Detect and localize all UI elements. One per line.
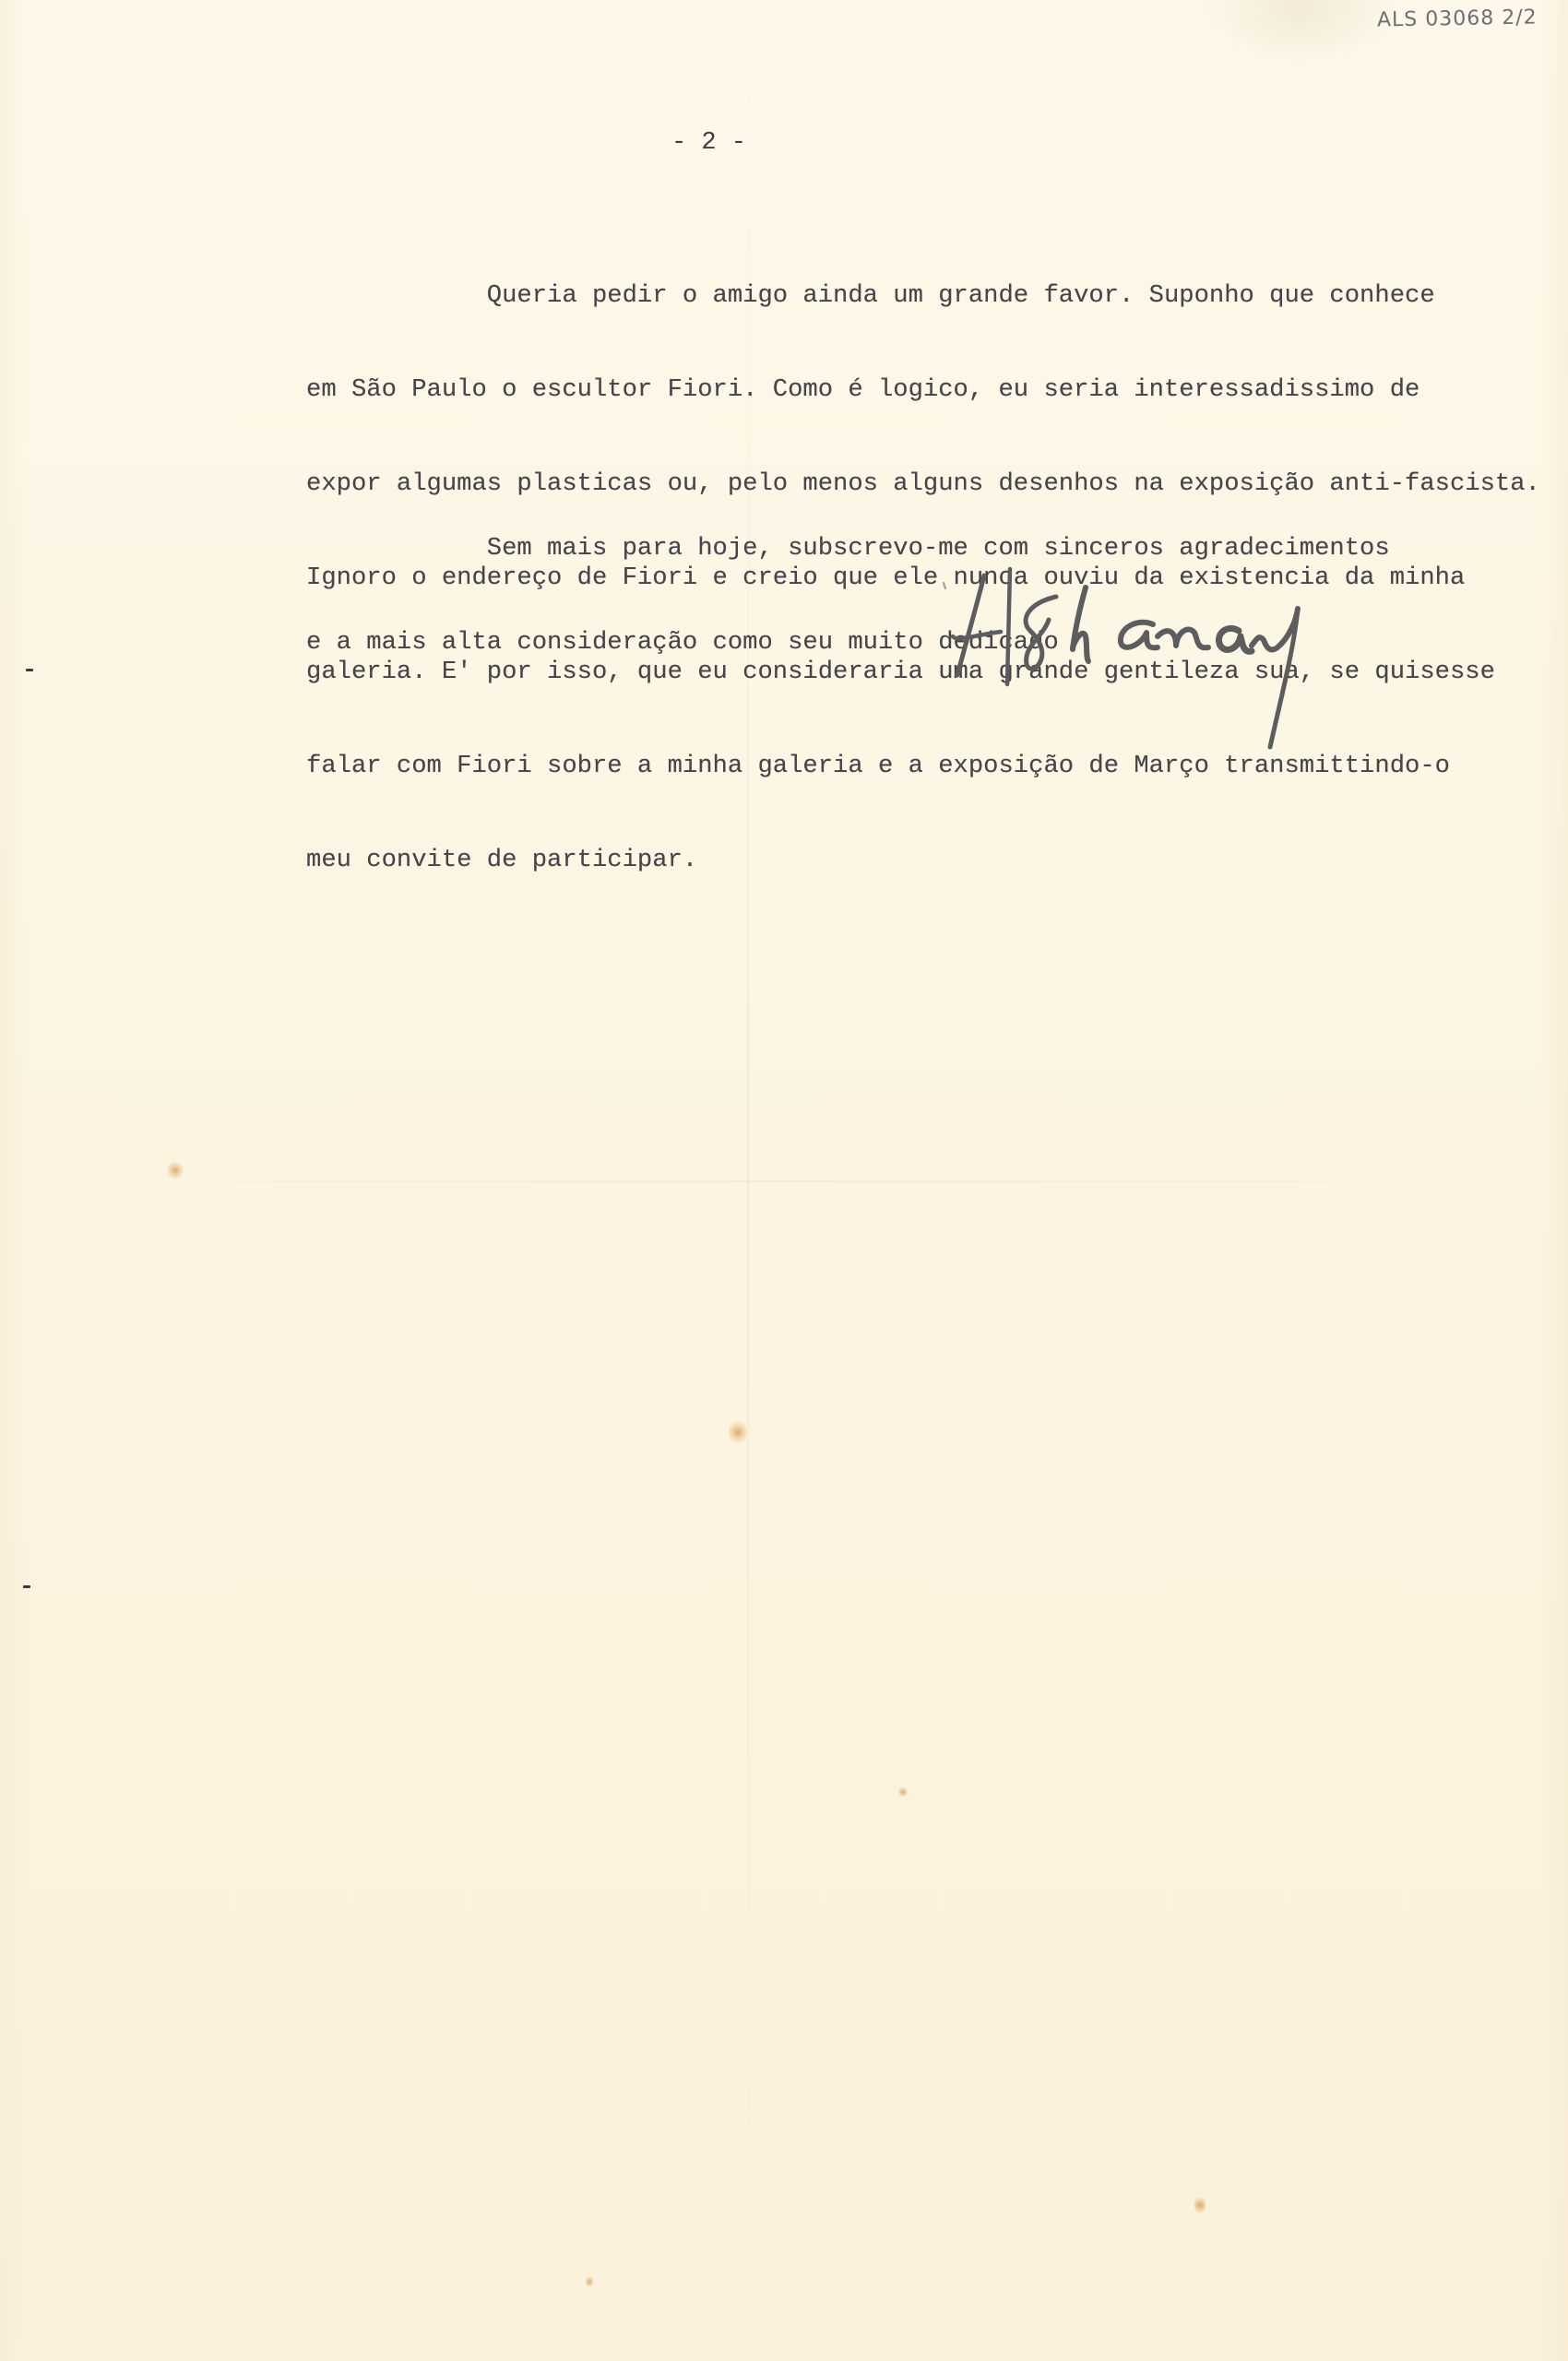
foxing-spot	[1194, 2195, 1206, 2215]
text-line: Sem mais para hoje, subscrevo-me com sin…	[306, 533, 1390, 564]
text-line: Queria pedir o amigo ainda um grande fav…	[306, 280, 1540, 312]
foxing-spot	[729, 1420, 747, 1444]
signature-icon	[927, 564, 1351, 758]
handwritten-signature	[927, 564, 1351, 758]
text-line: em São Paulo o escultor Fiori. Como é lo…	[306, 374, 1540, 406]
foxing-spot	[586, 2275, 593, 2288]
margin-mark	[26, 669, 33, 671]
text-line: falar com Fiori sobre a minha galeria e …	[306, 751, 1540, 782]
foxing-spot	[898, 1786, 908, 1797]
foxing-spot	[167, 1161, 184, 1180]
text-line: meu convite de participar.	[306, 845, 1540, 876]
margin-mark	[23, 1585, 30, 1588]
fold-line-horizontal	[0, 1180, 1568, 1182]
archive-reference: ALS 03068 2/2	[1377, 6, 1538, 31]
page-number: - 2 -	[671, 129, 746, 157]
